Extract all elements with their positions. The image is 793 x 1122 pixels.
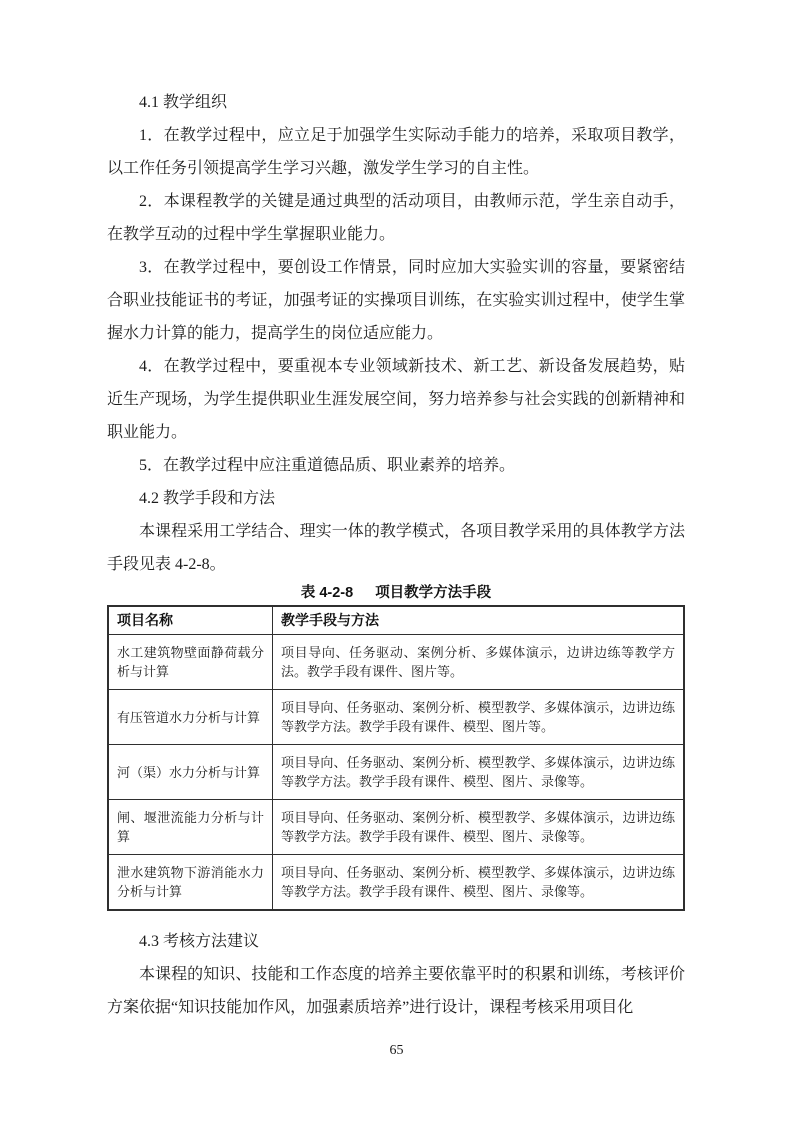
section-heading-4-1: 4.1 教学组织 <box>107 86 685 119</box>
project-name-cell: 水工建筑物壁面静荷载分析与计算 <box>108 635 273 690</box>
table-caption-title: 项目教学方法手段 <box>375 585 491 601</box>
table-caption-label: 表 4-2-8 <box>301 585 353 601</box>
paragraph-4-1-item-4: 4．在教学过程中，要重视本专业领域新技术、新工艺、新设备发展趋势，贴近生产现场，… <box>107 350 685 449</box>
table-caption: 表 4-2-8项目教学方法手段 <box>107 584 685 602</box>
table-header-project: 项目名称 <box>108 606 273 635</box>
paragraph-4-1-item-1: 1．在教学过程中，应立足于加强学生实际动手能力的培养，采取项目教学，以工作任务引… <box>107 119 685 185</box>
section-heading-4-2: 4.2 教学手段和方法 <box>107 482 685 515</box>
table-row: 闸、堰泄流能力分析与计算 项目导向、任务驱动、案例分析、模型教学、多媒体演示，边… <box>108 800 684 855</box>
table-row: 有压管道水力分析与计算 项目导向、任务驱动、案例分析、模型教学、多媒体演示，边讲… <box>108 690 684 745</box>
methods-cell: 项目导向、任务驱动、案例分析、模型教学、多媒体演示，边讲边练等教学方法。教学手段… <box>273 855 685 911</box>
project-name-cell: 河（渠）水力分析与计算 <box>108 745 273 800</box>
paragraph-4-3-intro: 本课程的知识、技能和工作态度的培养主要依靠平时的积累和训练，考核评价方案依据“知… <box>107 958 685 1024</box>
paragraph-4-1-item-5: 5．在教学过程中应注重道德品质、职业素养的培养。 <box>107 449 685 482</box>
paragraph-4-2-intro: 本课程采用工学结合、理实一体的教学模式，各项目教学采用的具体教学方法手段见表 4… <box>107 515 685 581</box>
section-heading-4-3: 4.3 考核方法建议 <box>107 925 685 958</box>
project-name-cell: 泄水建筑物下游消能水力分析与计算 <box>108 855 273 911</box>
paragraph-4-1-item-3: 3．在教学过程中，要创设工作情景，同时应加大实验实训的容量，要紧密结合职业技能证… <box>107 251 685 350</box>
page-number: 65 <box>0 1042 793 1060</box>
methods-cell: 项目导向、任务驱动、案例分析、模型教学、多媒体演示，边讲边练等教学方法。教学手段… <box>273 690 685 745</box>
project-name-cell: 有压管道水力分析与计算 <box>108 690 273 745</box>
document-page: 4.1 教学组织 1．在教学过程中，应立足于加强学生实际动手能力的培养，采取项目… <box>0 0 793 1122</box>
methods-cell: 项目导向、任务驱动、案例分析、多媒体演示，边讲边练等教学方法。教学手段有课件、图… <box>273 635 685 690</box>
methods-cell: 项目导向、任务驱动、案例分析、模型教学、多媒体演示，边讲边练等教学方法。教学手段… <box>273 800 685 855</box>
table-row: 河（渠）水力分析与计算 项目导向、任务驱动、案例分析、模型教学、多媒体演示，边讲… <box>108 745 684 800</box>
document-content: 4.1 教学组织 1．在教学过程中，应立足于加强学生实际动手能力的培养，采取项目… <box>107 86 685 1024</box>
paragraph-4-1-item-2: 2．本课程教学的关键是通过典型的活动项目，由教师示范，学生亲自动手，在教学互动的… <box>107 185 685 251</box>
table-header-methods: 教学手段与方法 <box>273 606 685 635</box>
table-header-row: 项目名称 教学手段与方法 <box>108 606 684 635</box>
table-row: 水工建筑物壁面静荷载分析与计算 项目导向、任务驱动、案例分析、多媒体演示，边讲边… <box>108 635 684 690</box>
project-name-cell: 闸、堰泄流能力分析与计算 <box>108 800 273 855</box>
methods-table: 项目名称 教学手段与方法 水工建筑物壁面静荷载分析与计算 项目导向、任务驱动、案… <box>107 605 685 911</box>
methods-cell: 项目导向、任务驱动、案例分析、模型教学、多媒体演示，边讲边练等教学方法。教学手段… <box>273 745 685 800</box>
table-row: 泄水建筑物下游消能水力分析与计算 项目导向、任务驱动、案例分析、模型教学、多媒体… <box>108 855 684 911</box>
